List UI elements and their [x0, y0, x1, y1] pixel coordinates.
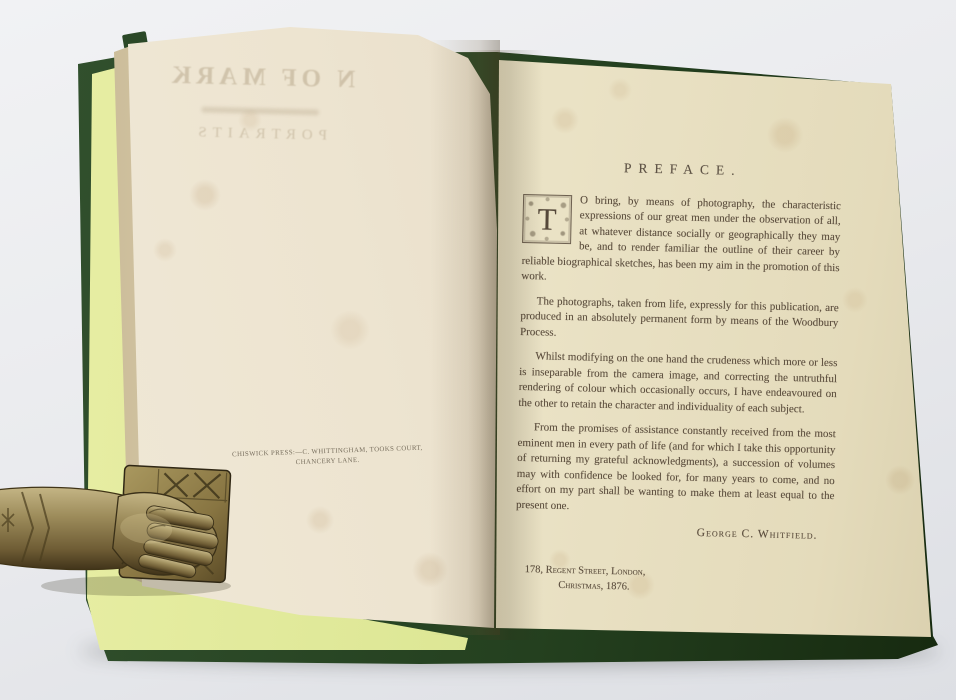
paragraph-4: From the promises of assistance constant…	[516, 420, 836, 520]
ornate-dropcap-box: T	[522, 193, 572, 243]
preface-text-block: PREFACE. T O bring, by means of photogra…	[514, 158, 842, 599]
dropcap-letter: T	[537, 203, 557, 234]
showthrough-smudge	[201, 107, 319, 116]
photo-open-book: N OF MARK PORTRAITS CHISWICK PRESS:—C. W…	[0, 0, 956, 700]
showthrough-subtitle: PORTRAITS	[139, 123, 379, 146]
paragraph-2: The photographs, taken from life, expres…	[520, 293, 839, 347]
title-showthrough: N OF MARK PORTRAITS	[139, 61, 382, 177]
showthrough-title: N OF MARK	[141, 61, 382, 95]
author-signature: George C. Whitfield.	[515, 522, 833, 545]
paragraph-1: T O bring, by means of photography, the …	[521, 191, 841, 291]
paragraph-3: Whilst modifying on the one hand the cru…	[518, 349, 837, 418]
brass-hand-clip	[0, 462, 240, 602]
